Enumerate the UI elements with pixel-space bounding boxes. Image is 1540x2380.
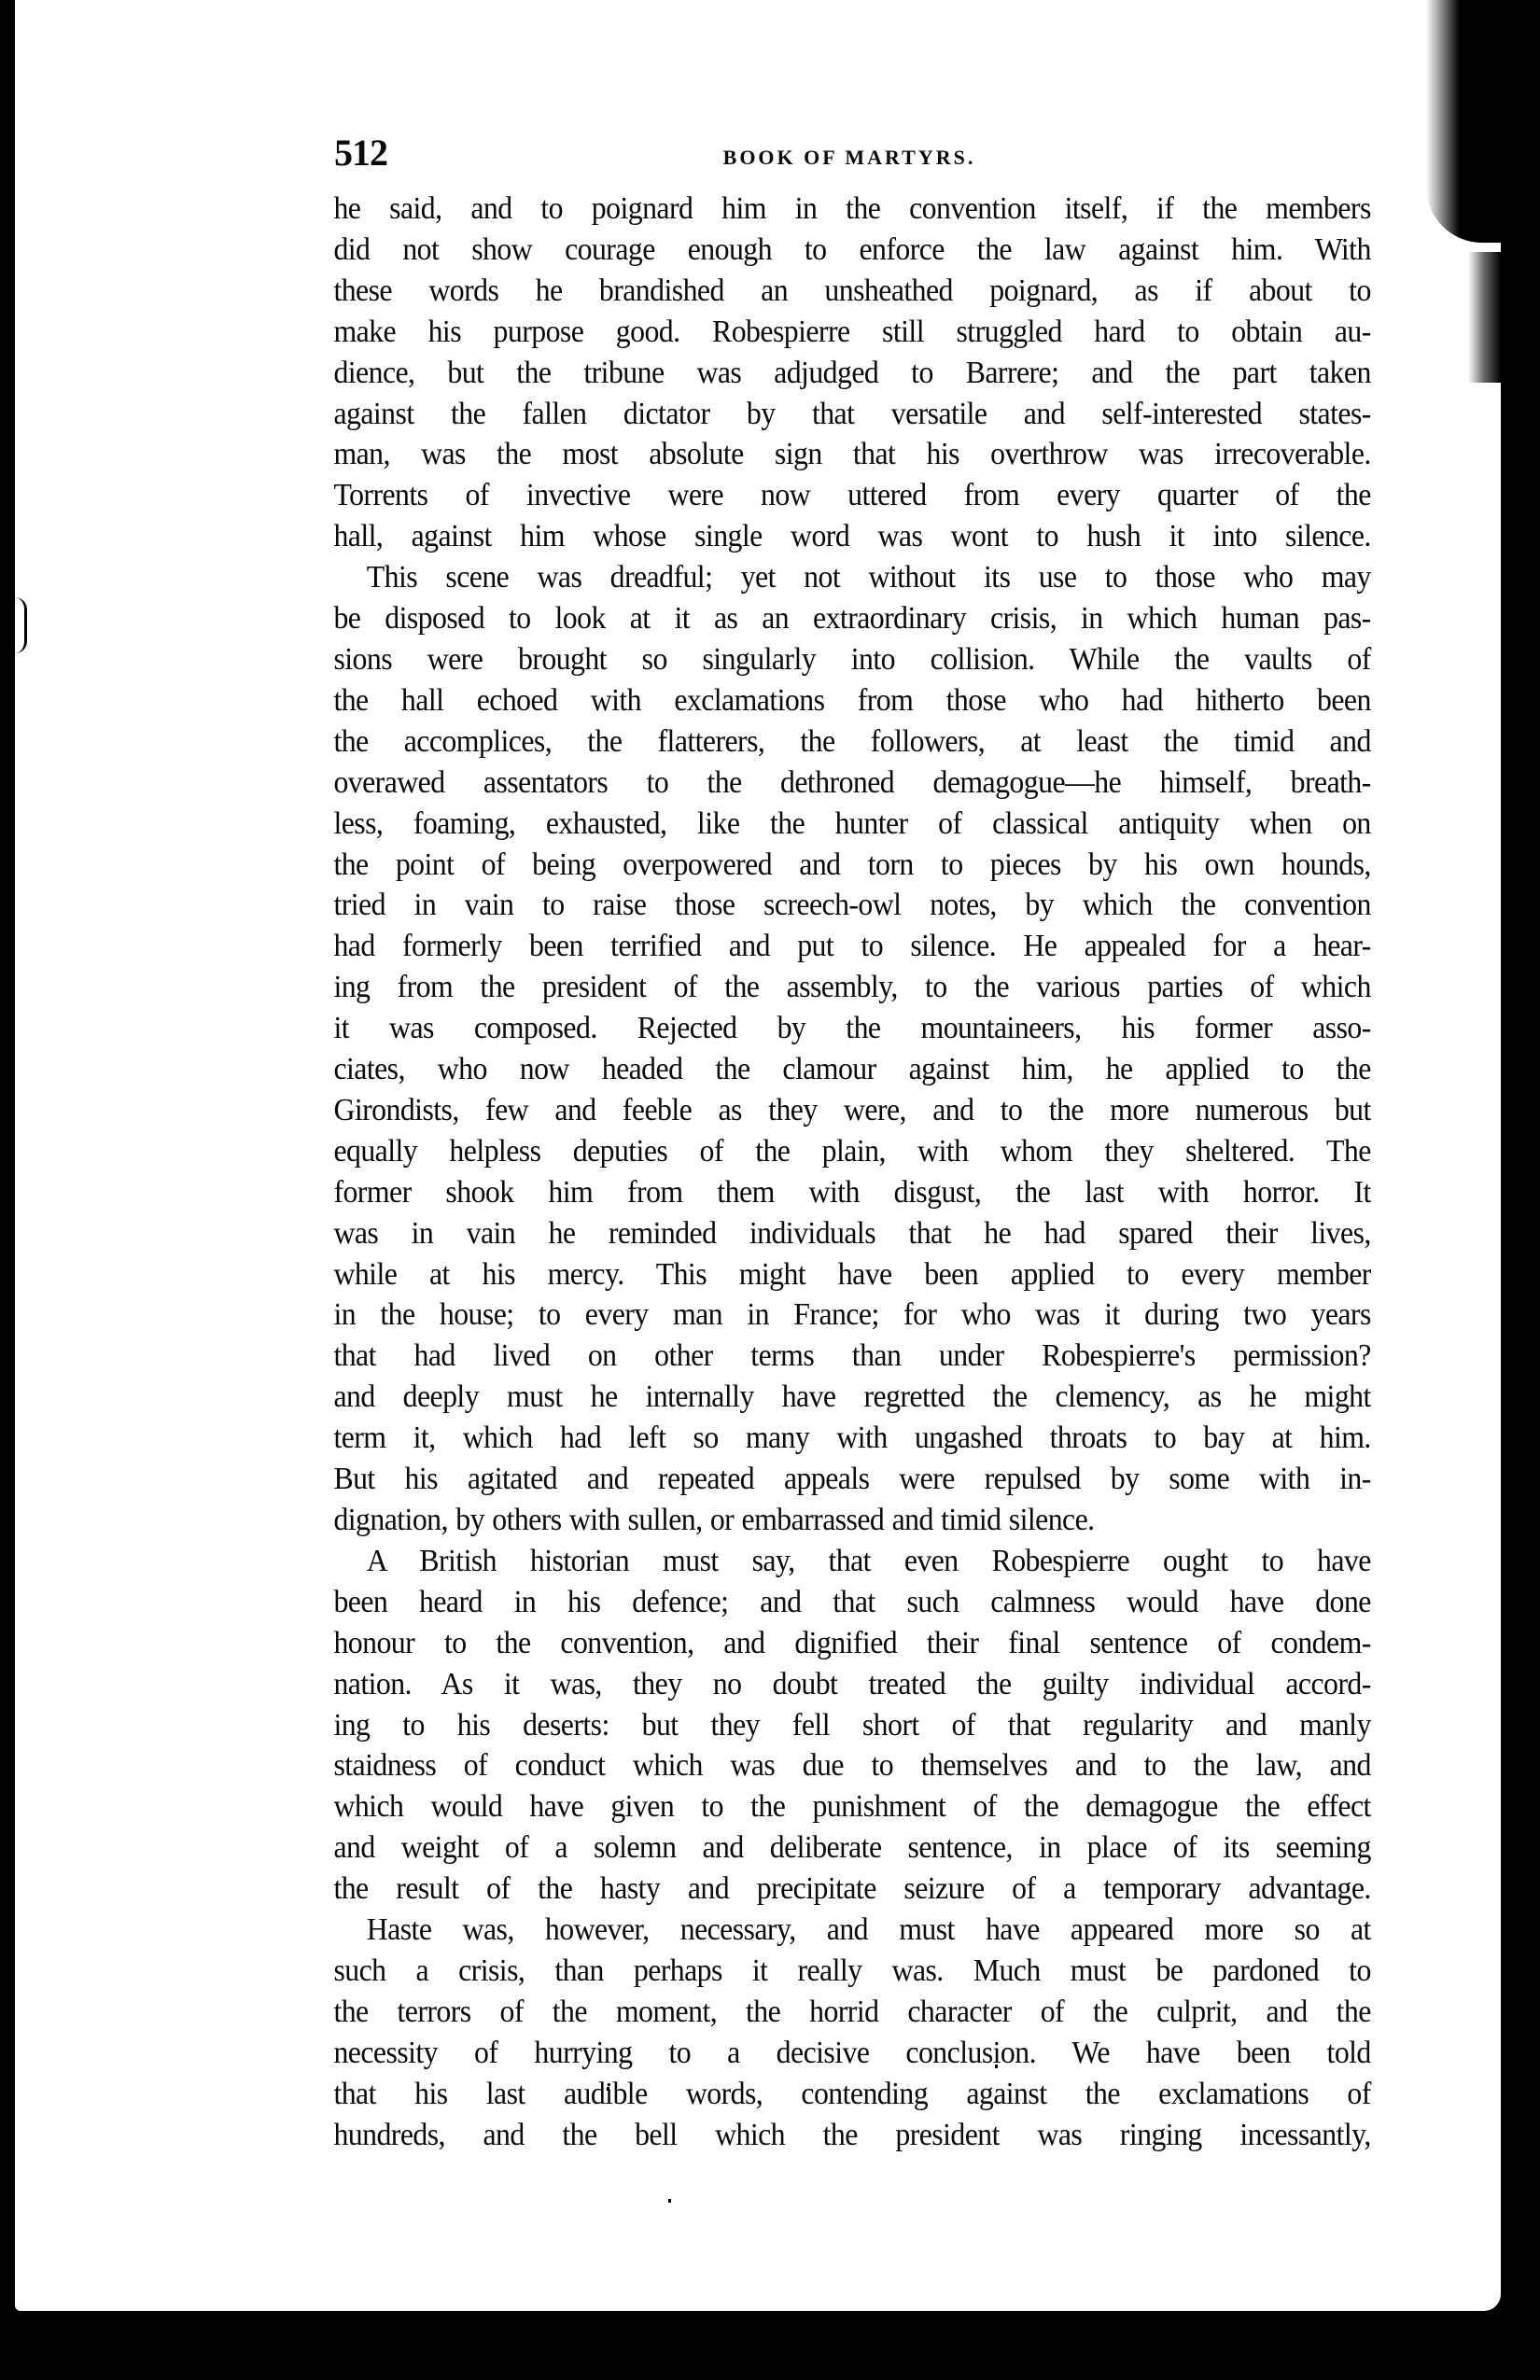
text-line: ciates, who now headed the clamour again… — [333, 1049, 1370, 1090]
running-header: 512 BOOK OF MARTYRS. — [327, 131, 1372, 187]
text-line: hundreds, and the bell which the preside… — [333, 2115, 1370, 2156]
page-tear-mark — [15, 597, 27, 653]
running-title: BOOK OF MARTYRS. — [327, 146, 1372, 170]
text-line: the point of being overpowered and torn … — [333, 845, 1370, 886]
text-line: which would have given to the punishment… — [333, 1786, 1370, 1827]
text-line: ing to his deserts: but they fell short … — [333, 1705, 1370, 1746]
text-line: that had lived on other terms than under… — [333, 1336, 1370, 1377]
text-line: tried in vain to raise those screech-owl… — [333, 885, 1370, 926]
text-line: it was composed. Rejected by the mountai… — [333, 1008, 1370, 1049]
paragraph: A British historian must say, that even … — [333, 1541, 1370, 1910]
text-line: be disposed to look at it as an extraord… — [333, 598, 1370, 639]
text-line: A British historian must say, that even … — [333, 1541, 1370, 1582]
text-line: make his purpose good. Robespierre still… — [333, 312, 1370, 353]
text-line: while at his mercy. This might have been… — [333, 1254, 1370, 1295]
text-line: did not show courage enough to enforce t… — [333, 230, 1370, 271]
text-line: against the fallen dictator by that vers… — [333, 394, 1370, 435]
text-line: the hall echoed with exclamations from t… — [333, 680, 1370, 721]
text-line: Girondists, few and feeble as they were,… — [333, 1090, 1370, 1131]
text-line: the terrors of the moment, the horrid ch… — [333, 1992, 1370, 2033]
text-line: staidness of conduct which was due to th… — [333, 1745, 1370, 1786]
text-line: and weight of a solemn and deliberate se… — [333, 1827, 1370, 1869]
text-line: these words he brandished an unsheathed … — [333, 271, 1370, 312]
text-line: had formerly been terrified and put to s… — [333, 926, 1370, 967]
text-line: dignation, by others with sullen, or emb… — [333, 1500, 1370, 1541]
body-text: he said, and to poignard him in the conv… — [327, 189, 1371, 2156]
scan-speck — [995, 2065, 998, 2068]
text-line: the accomplices, the flatterers, the fol… — [333, 721, 1370, 763]
text-line: man, was the most absolute sign that his… — [333, 434, 1370, 475]
scan-edge-shadow — [1468, 252, 1501, 383]
paragraph: Haste was, however, necessary, and must … — [333, 1910, 1370, 2155]
scan-speck — [668, 2199, 671, 2203]
text-line: in the house; to every man in France; fo… — [333, 1295, 1370, 1336]
text-line: and deeply must he internally have regre… — [333, 1377, 1370, 1418]
text-line: was in vain he reminded individuals that… — [333, 1213, 1370, 1254]
text-line: Haste was, however, necessary, and must … — [333, 1910, 1370, 1951]
text-line: necessity of hurrying to a decisive conc… — [333, 2033, 1370, 2074]
text-line: Torrents of invective were now uttered f… — [333, 475, 1370, 516]
text-line: This scene was dreadful; yet not without… — [333, 557, 1370, 598]
scan-edge-shadow — [1426, 0, 1501, 243]
text-line: term it, which had left so many with ung… — [333, 1418, 1370, 1459]
text-line: honour to the convention, and dignified … — [333, 1623, 1370, 1664]
text-line: nation. As it was, they no doubt treated… — [333, 1664, 1370, 1705]
text-line: But his agitated and repeated appeals we… — [333, 1459, 1370, 1500]
text-line: equally helpless deputies of the plain, … — [333, 1131, 1370, 1172]
text-line: been heard in his defence; and that such… — [333, 1582, 1370, 1623]
text-line: hall, against him whose single word was … — [333, 516, 1370, 557]
paragraph: This scene was dreadful; yet not without… — [333, 557, 1370, 1541]
text-line: such a crisis, than perhaps it really wa… — [333, 1951, 1370, 1992]
paragraph: he said, and to poignard him in the conv… — [333, 189, 1370, 557]
text-line: dience, but the tribune was adjudged to … — [333, 353, 1370, 394]
text-line: he said, and to poignard him in the conv… — [333, 189, 1370, 230]
text-line: that his last audible words, contending … — [333, 2074, 1370, 2115]
text-line: the result of the hasty and precipitate … — [333, 1869, 1370, 1910]
text-line: former shook him from them with disgust,… — [333, 1172, 1370, 1213]
scanned-page: 512 BOOK OF MARTYRS. he said, and to poi… — [15, 0, 1501, 2311]
text-line: sions were brought so singularly into co… — [333, 639, 1370, 680]
text-line: overawed assentators to the dethroned de… — [333, 763, 1370, 804]
text-line: ing from the president of the assembly, … — [333, 967, 1370, 1008]
text-line: less, foaming, exhausted, like the hunte… — [333, 804, 1370, 845]
scan-speck — [607, 2087, 609, 2091]
page-content: 512 BOOK OF MARTYRS. he said, and to poi… — [327, 131, 1372, 2156]
